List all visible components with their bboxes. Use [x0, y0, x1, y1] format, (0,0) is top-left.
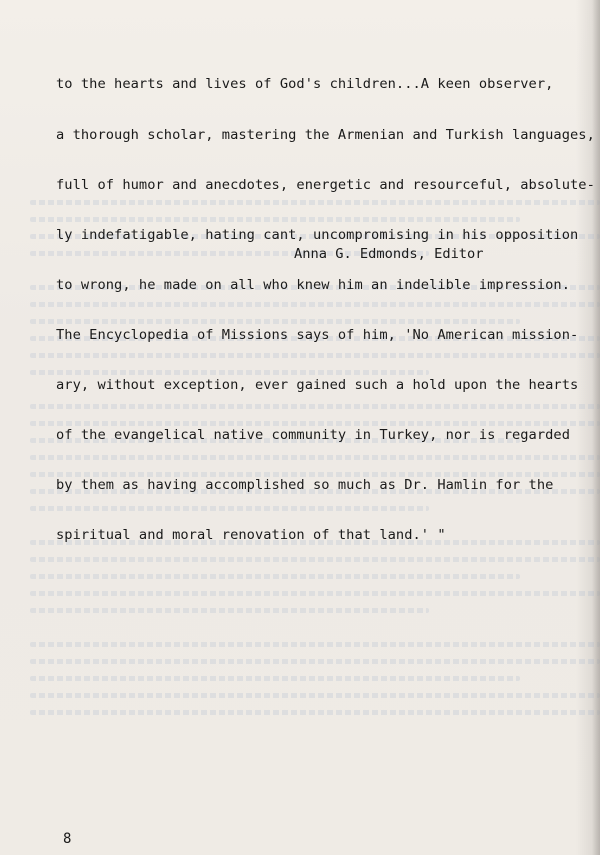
page-number: 8	[63, 831, 71, 847]
text-line: ly indefatigable, hating cant, uncomprom…	[56, 227, 595, 244]
text-line: full of humor and anecdotes, energetic a…	[56, 177, 595, 194]
quotation-paragraph: to the hearts and lives of God's childre…	[56, 43, 595, 578]
page-edge-shadow	[592, 0, 600, 855]
text-line: by them as having accomplished so much a…	[56, 477, 595, 494]
text-line: a thorough scholar, mastering the Armeni…	[56, 127, 595, 144]
text-line: spiritual and moral renovation of that l…	[56, 527, 595, 544]
text-line: of the evangelical native community in T…	[56, 427, 595, 444]
text-line: ary, without exception, ever gained such…	[56, 377, 595, 394]
editor-signature: Anna G. Edmonds, Editor	[294, 246, 484, 263]
text-line: to wrong, he made on all who knew him an…	[56, 277, 595, 294]
document-page: to the hearts and lives of God's childre…	[0, 0, 600, 855]
text-line: to the hearts and lives of God's childre…	[56, 76, 595, 93]
text-line: The Encyclopedia of Missions says of him…	[56, 327, 595, 344]
